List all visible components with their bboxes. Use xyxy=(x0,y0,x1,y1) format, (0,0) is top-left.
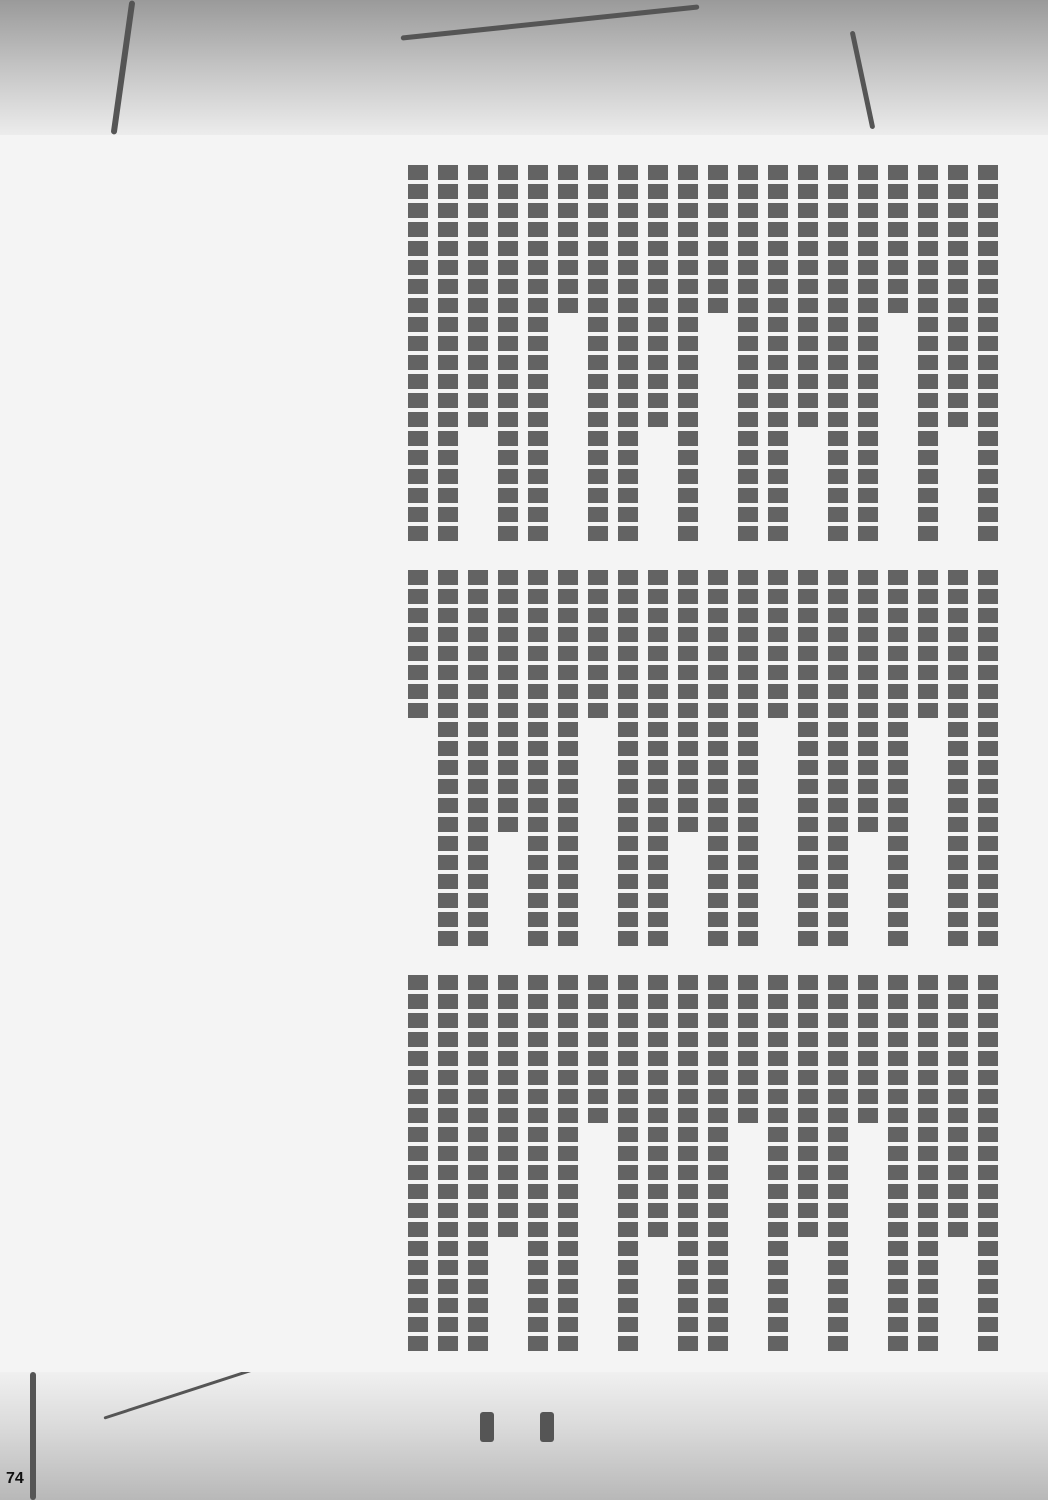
text-column xyxy=(768,570,788,722)
text-column xyxy=(618,570,638,950)
ink-stroke xyxy=(540,1412,554,1442)
ink-stroke xyxy=(30,1372,36,1500)
content-note: Explicit adult prose — text not transcri… xyxy=(0,0,1,1)
text-column xyxy=(558,165,578,317)
text-column xyxy=(828,975,848,1355)
text-column xyxy=(468,165,488,431)
text-column xyxy=(558,570,578,950)
text-column xyxy=(438,570,458,950)
text-column xyxy=(918,975,938,1355)
text-column xyxy=(828,165,848,545)
text-column xyxy=(708,570,728,950)
text-column xyxy=(738,975,758,1127)
text-column xyxy=(918,165,938,545)
text-column xyxy=(948,975,968,1241)
text-column xyxy=(648,165,668,431)
text-column xyxy=(528,165,548,545)
text-column xyxy=(948,570,968,950)
text-column xyxy=(798,570,818,950)
text-column xyxy=(648,975,668,1241)
text-column xyxy=(408,165,428,545)
text-column xyxy=(438,975,458,1355)
text-column xyxy=(798,165,818,431)
text-column xyxy=(408,975,428,1355)
ink-stroke xyxy=(103,1372,256,1420)
text-column xyxy=(798,975,818,1241)
text-column xyxy=(888,570,908,950)
illustration-top xyxy=(0,0,1048,135)
text-column xyxy=(678,570,698,836)
text-tier-middle xyxy=(38,570,998,950)
text-column xyxy=(408,570,428,722)
text-column xyxy=(858,975,878,1127)
text-column xyxy=(498,570,518,836)
text-column xyxy=(498,975,518,1241)
text-column xyxy=(678,165,698,545)
text-tier-lower xyxy=(38,975,998,1355)
text-column xyxy=(978,165,998,545)
text-column xyxy=(828,570,848,950)
ink-stroke xyxy=(480,1412,494,1442)
text-column xyxy=(618,165,638,545)
text-column xyxy=(468,570,488,950)
text-column xyxy=(768,975,788,1355)
illustration-bottom xyxy=(0,1372,1048,1500)
text-column xyxy=(438,165,458,545)
text-column xyxy=(528,570,548,950)
text-column xyxy=(948,165,968,431)
page-number: 74 xyxy=(6,1470,24,1488)
text-column xyxy=(738,165,758,545)
text-column xyxy=(648,570,668,950)
text-column xyxy=(978,975,998,1355)
text-column xyxy=(468,975,488,1355)
text-column xyxy=(558,975,578,1355)
text-column xyxy=(618,975,638,1355)
text-column xyxy=(738,570,758,950)
text-column xyxy=(588,570,608,722)
text-column xyxy=(528,975,548,1355)
text-column xyxy=(588,975,608,1127)
text-column xyxy=(888,975,908,1355)
ink-stroke xyxy=(850,31,876,130)
text-column xyxy=(498,165,518,545)
text-column xyxy=(588,165,608,545)
text-column xyxy=(708,975,728,1355)
text-column xyxy=(858,570,878,836)
ink-stroke xyxy=(401,4,700,40)
text-column xyxy=(768,165,788,545)
text-column xyxy=(978,570,998,950)
text-column xyxy=(888,165,908,317)
text-column xyxy=(708,165,728,317)
text-column xyxy=(678,975,698,1355)
ink-stroke xyxy=(111,0,136,135)
text-tier-upper xyxy=(38,165,998,545)
text-column xyxy=(858,165,878,545)
text-column xyxy=(918,570,938,722)
